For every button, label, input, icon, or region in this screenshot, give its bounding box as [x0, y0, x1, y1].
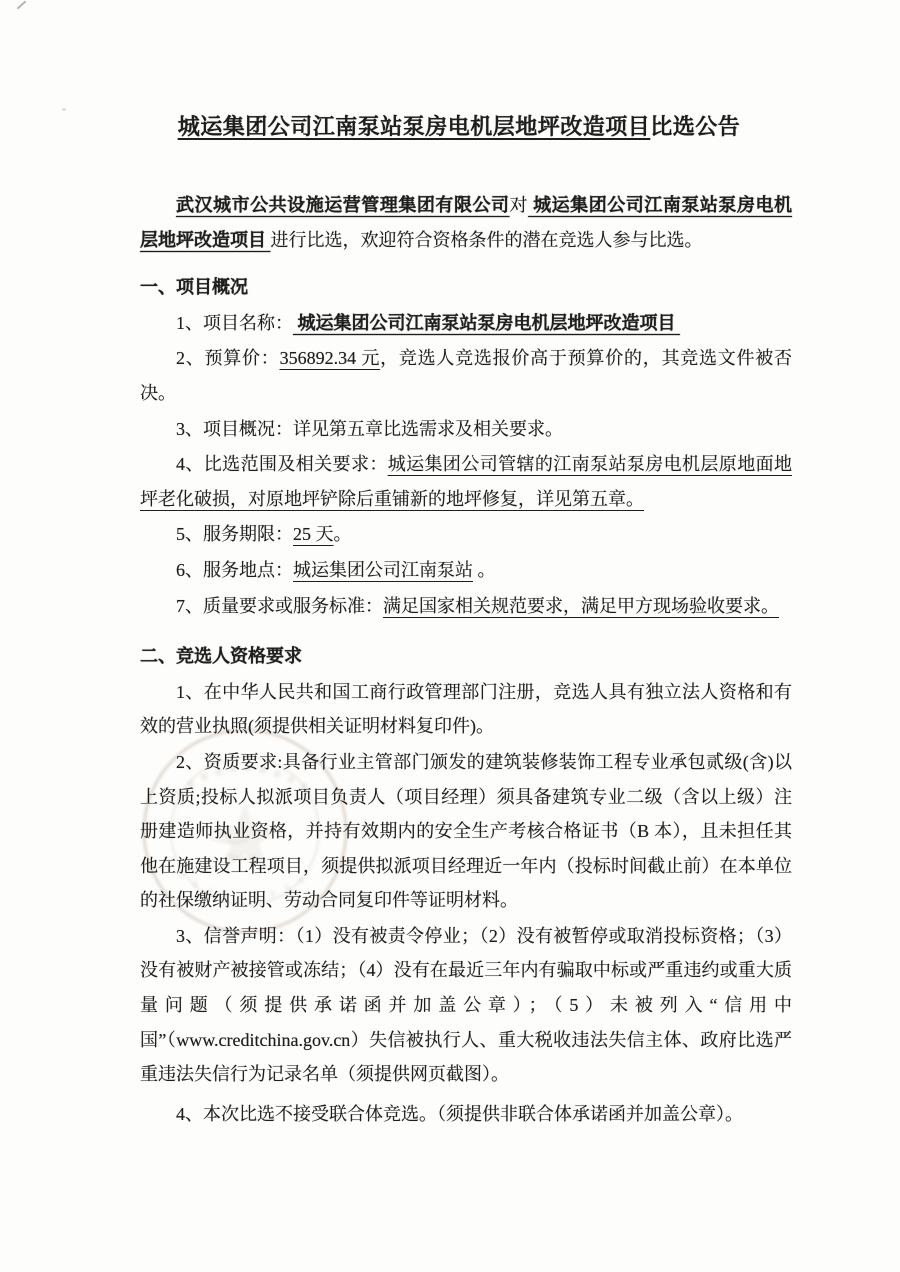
intro-paragraph-segment: 武汉城市公共设施运营管理集团有限公司 [176, 195, 510, 215]
item-1-2: 2、预算价：356892.34 元，竞选人竞选报价高于预算价的，其竞选文件被否决… [140, 341, 792, 410]
item-2-1: 1、在中华人民共和国工商行政管理部门注册，竞选人具有独立法人资格和有效的营业执照… [140, 675, 792, 744]
item-2-4: 4、本次比选不接受联合体竞选。（须提供非联合体承诺函并加盖公章）。 [140, 1097, 792, 1132]
item-2-2: 2、资质要求:具备行业主管部门颁发的建筑装修装饰工程专业承包贰级(含)以上资质;… [140, 745, 792, 918]
document-title-underlined-part: 城运集团公司江南泵站泵房电机层地坪改造项目 [178, 114, 651, 139]
section-1-heading-segment: 一、项目概况 [140, 277, 248, 297]
item-1-6-segment: 。 [473, 560, 496, 580]
document-title: 城运集团公司江南泵站泵房电机层地坪改造项目比选公告 [126, 112, 792, 142]
item-1-3: 3、项目概况：详见第五章比选需求及相关要求。 [140, 412, 792, 447]
item-1-6: 6、服务地点：城运集团公司江南泵站 。 [140, 553, 792, 588]
item-1-5-segment: 。 [334, 524, 352, 544]
item-2-3: 3、信誉声明：（1）没有被责令停业；（2）没有被暂停或取消投标资格；（3）没有被… [140, 919, 792, 1092]
item-1-5-segment: 5、服务期限： [176, 524, 293, 544]
item-2-3-segment: 3、信誉声明：（1）没有被责令停业；（2）没有被暂停或取消投标资格；（3）没有被… [140, 926, 792, 1084]
item-1-6-segment: 6、服务地点： [176, 560, 293, 580]
item-2-4-segment: 4、本次比选不接受联合体竞选。（须提供非联合体承诺函并加盖公章）。 [176, 1104, 743, 1124]
item-1-7: 7、质量要求或服务标准：满足国家相关规范要求，满足甲方现场验收要求。 [140, 589, 792, 624]
item-1-6-segment: 城运集团公司江南泵站 [293, 560, 473, 580]
section-2-heading-segment: 二、竞选人资格要求 [140, 646, 302, 666]
intro-paragraph: 武汉城市公共设施运营管理集团有限公司对 城运集团公司江南泵站泵房电机层地坪改造项… [140, 188, 792, 257]
scan-artifact-slash [17, 1, 27, 10]
document-title-plain-part: 比选公告 [650, 114, 740, 139]
item-1-4-segment: 4、比选范围及相关要求： [176, 454, 388, 474]
section-2-heading: 二、竞选人资格要求 [140, 639, 792, 674]
item-1-4: 4、比选范围及相关要求：城运集团公司管辖的江南泵站泵房电机层原地面地坪老化破损，… [140, 447, 792, 516]
document-body: 武汉城市公共设施运营管理集团有限公司对 城运集团公司江南泵站泵房电机层地坪改造项… [140, 188, 792, 1131]
intro-paragraph-segment: 进行比选，欢迎符合资格条件的潜在竞选人参与比选。 [271, 230, 703, 250]
item-1-2-segment: 356892.34 元 [280, 348, 381, 368]
item-1-7-segment: 7、质量要求或服务标准： [176, 596, 383, 616]
item-2-1-segment: 1、在中华人民共和国工商行政管理部门注册，竞选人具有独立法人资格和有效的营业执照… [140, 682, 792, 737]
scan-artifact-dot [62, 108, 66, 111]
item-1-5: 5、服务期限：25 天。 [140, 517, 792, 552]
item-1-1: 1、项目名称： 城运集团公司江南泵站泵房电机层地坪改造项目 [140, 306, 792, 341]
item-1-7-segment: 满足国家相关规范要求，满足甲方现场验收要求。 [383, 596, 779, 616]
item-1-1-segment: 1、项目名称： [176, 313, 293, 333]
item-1-3-segment: 3、项目概况：详见第五章比选需求及相关要求。 [176, 419, 563, 439]
document-content: 城运集团公司江南泵站泵房电机层地坪改造项目比选公告 武汉城市公共设施运营管理集团… [140, 0, 792, 1132]
scanned-document-page: 城运集团公司江南泵站泵房电机层地坪改造项目比选公告 武汉城市公共设施运营管理集团… [0, 0, 900, 1272]
item-1-2-segment: 2、预算价： [176, 348, 280, 368]
item-1-1-segment: 城运集团公司江南泵站泵房电机层地坪改造项目 [293, 313, 680, 333]
item-2-2-segment: 2、资质要求:具备行业主管部门颁发的建筑装修装饰工程专业承包贰级(含)以上资质;… [140, 752, 792, 910]
intro-paragraph-segment: 对 [510, 195, 529, 215]
item-1-5-segment: 25 天 [293, 524, 334, 544]
section-1-heading: 一、项目概况 [140, 270, 792, 305]
